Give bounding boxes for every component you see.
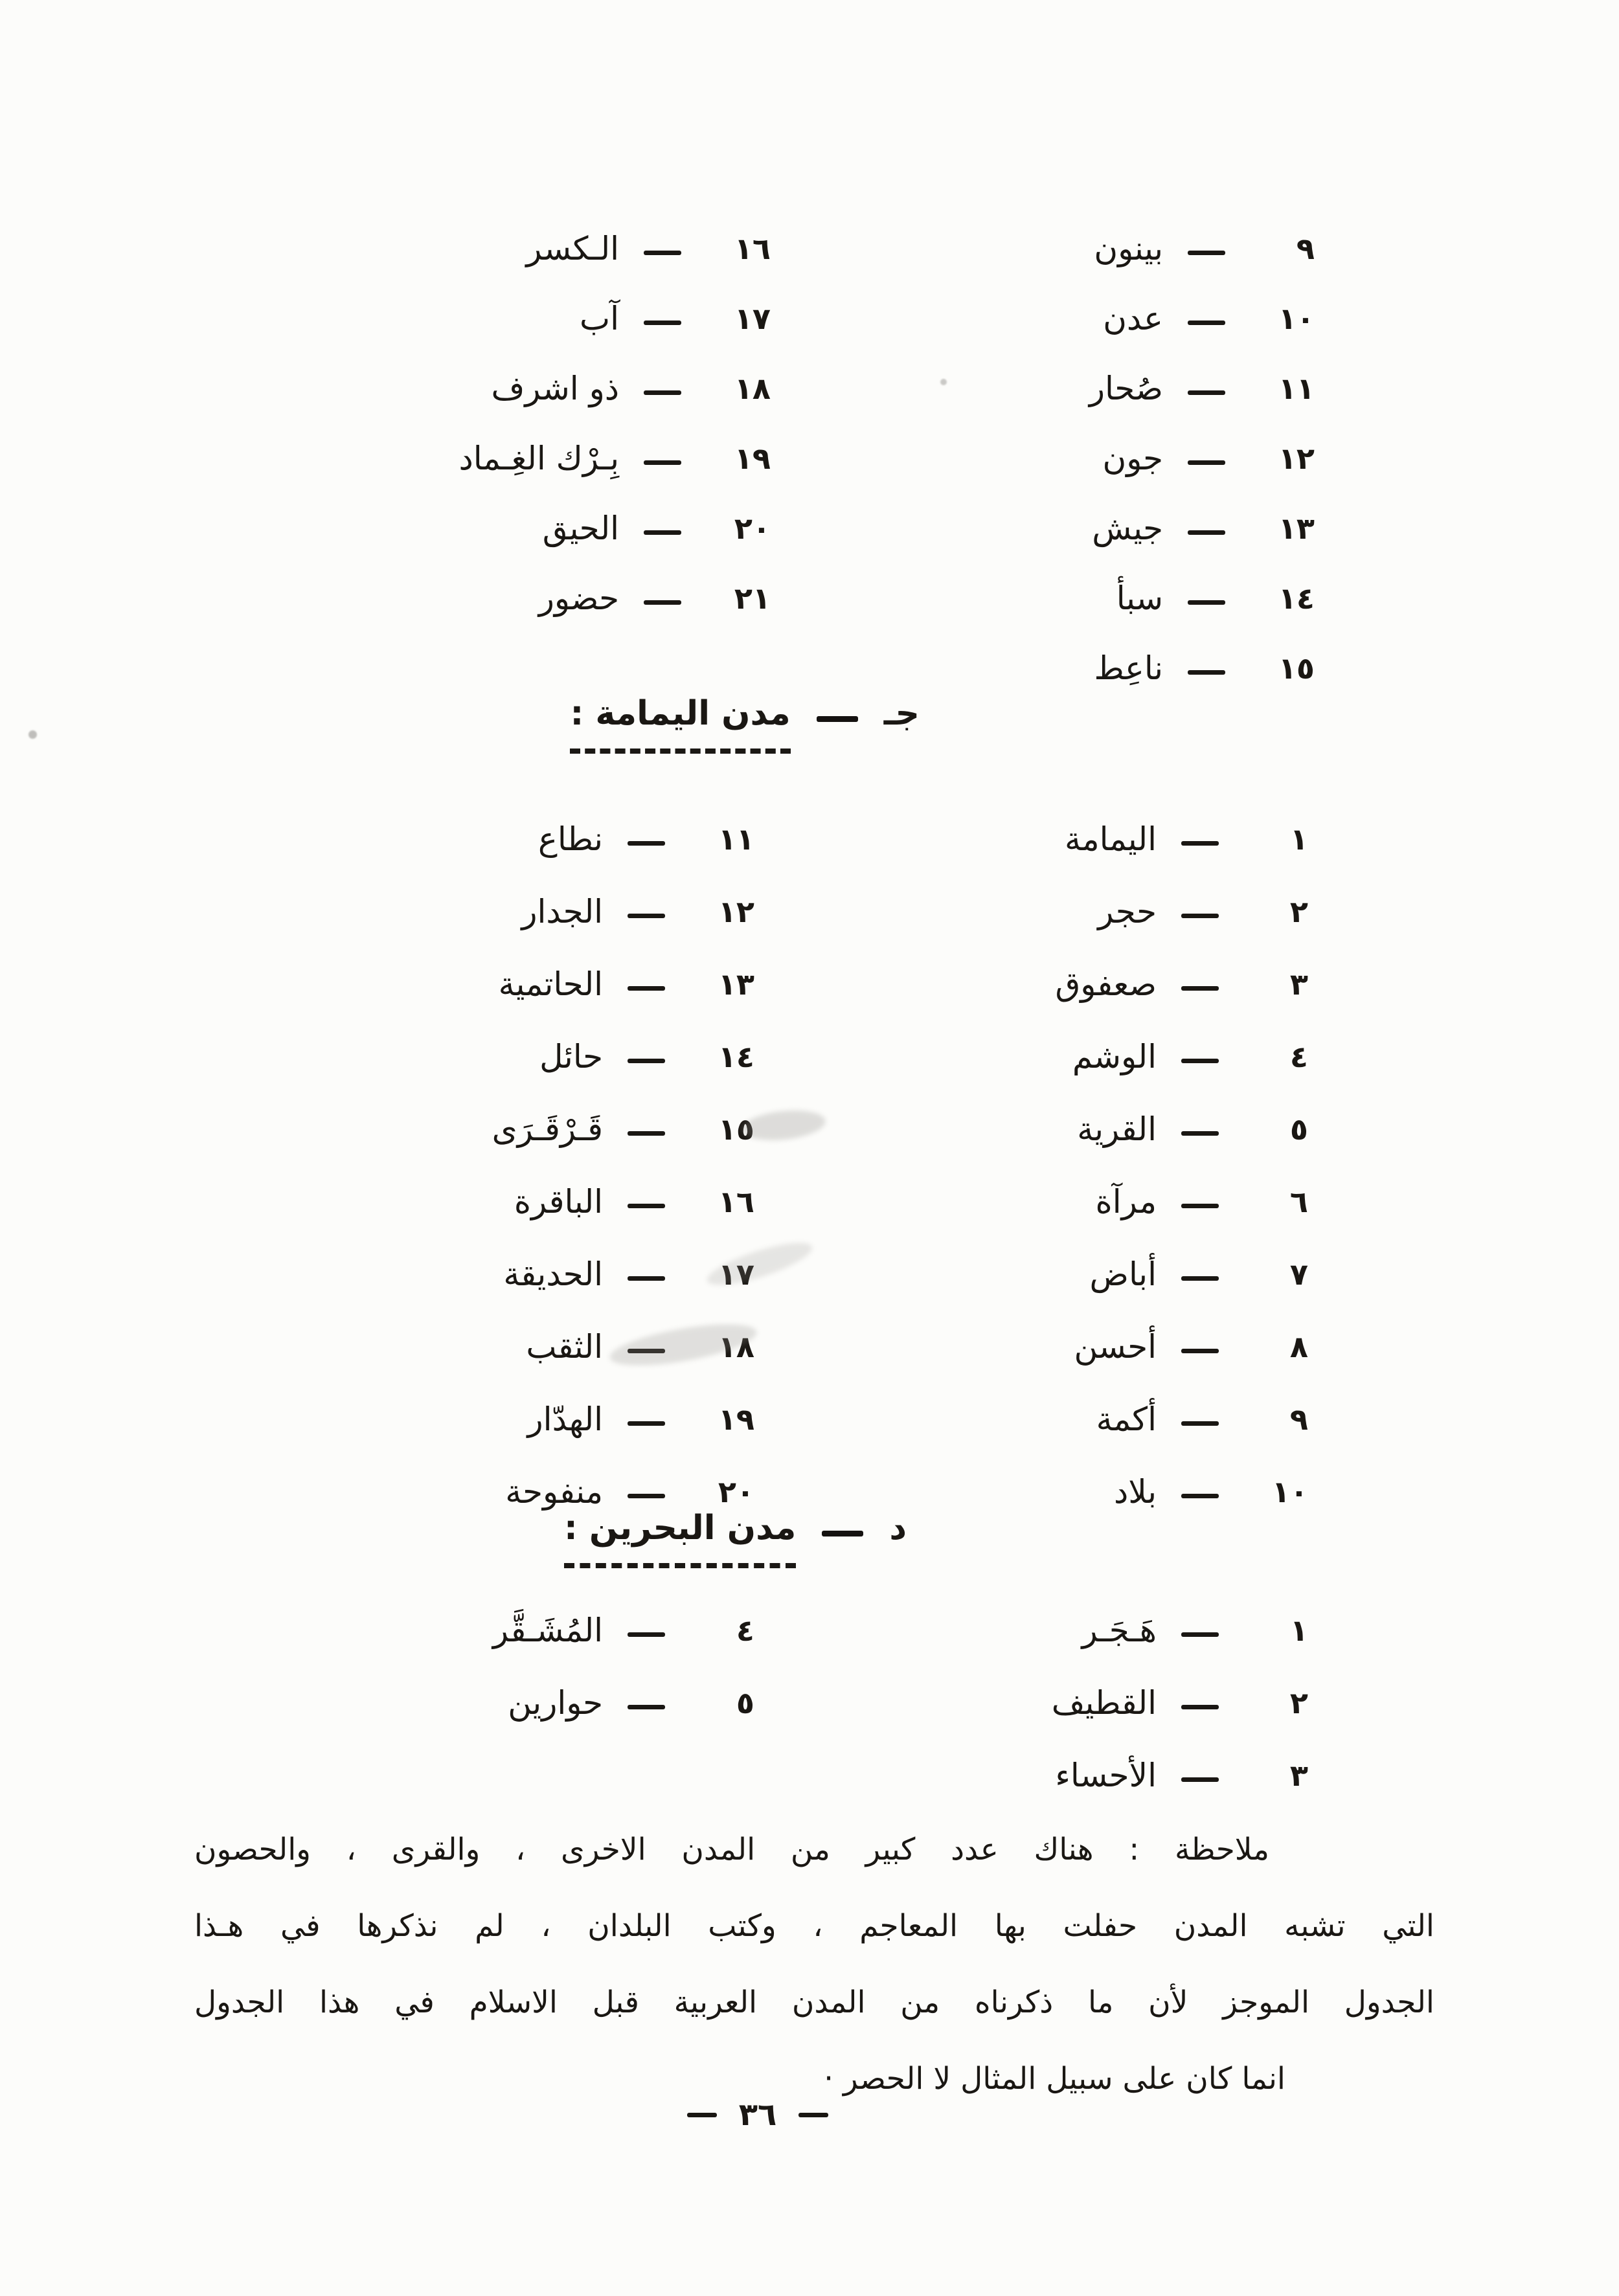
dash-separator bbox=[1188, 600, 1225, 605]
dash-separator bbox=[644, 600, 681, 605]
item-number: ٢ bbox=[1243, 1685, 1308, 1720]
item-number: ٦ bbox=[1243, 1184, 1308, 1219]
dash-separator bbox=[628, 1059, 665, 1063]
list-item: ١٦ الباقرة bbox=[492, 1165, 754, 1238]
dash-separator bbox=[628, 1131, 665, 1136]
list-item: ١٥ قَـرْقَـرَى bbox=[492, 1093, 754, 1165]
page-number-dash bbox=[687, 2113, 717, 2117]
section-heading-bahrain: د مدن البحرين : bbox=[564, 1509, 907, 1568]
dash-separator bbox=[644, 460, 681, 465]
dash-separator bbox=[644, 321, 681, 325]
dash-separator bbox=[628, 1276, 665, 1281]
item-number: ١٩ bbox=[706, 441, 771, 476]
note-line: التي تشبه المدن حفلت بها المعاجم ، وكتب … bbox=[194, 1888, 1434, 1964]
item-name: جون bbox=[1103, 440, 1163, 477]
item-number: ٥ bbox=[690, 1685, 754, 1720]
item-number: ٣ bbox=[1243, 967, 1308, 1002]
dash-separator bbox=[1181, 1059, 1219, 1063]
dash-separator bbox=[644, 530, 681, 535]
list-item: ٧ أباض bbox=[1056, 1238, 1309, 1311]
dash-separator bbox=[1181, 986, 1219, 991]
dash-separator bbox=[1188, 390, 1225, 395]
item-number: ١٧ bbox=[706, 301, 771, 336]
list-item: ١٩ بِـرْك الغِـماد bbox=[459, 423, 771, 493]
dash-separator bbox=[644, 251, 681, 255]
item-number: ١٢ bbox=[690, 894, 754, 929]
dash-separator bbox=[1181, 914, 1219, 918]
list-item: ١٧ آب bbox=[459, 284, 771, 354]
dash-separator bbox=[817, 716, 858, 722]
item-number: ٩ bbox=[1243, 1402, 1308, 1437]
yamama-left-column: ١١ نطاع ١٢ الجدار ١٣ الحاتمية ١٤ حائل bbox=[492, 803, 754, 1528]
note-paragraph: ملاحظة : هناك عدد كبير من المدن الاخرى ،… bbox=[194, 1812, 1434, 2117]
note-line: ملاحظة : هناك عدد كبير من المدن الاخرى ،… bbox=[194, 1812, 1434, 1888]
item-number: ١٦ bbox=[690, 1184, 754, 1219]
item-name: الجدار bbox=[521, 893, 603, 930]
item-name: الهدّار bbox=[528, 1401, 603, 1438]
list-item: ١٤ سبأ bbox=[1089, 563, 1315, 633]
item-name: أباض bbox=[1090, 1255, 1157, 1293]
heading-title: مدن البحرين : bbox=[564, 1509, 796, 1568]
item-name: حائل bbox=[539, 1038, 603, 1075]
list-item: ١١ نطاع bbox=[492, 803, 754, 875]
item-name: الحديقة bbox=[503, 1255, 603, 1293]
dash-separator bbox=[1181, 1632, 1219, 1637]
list-item: ١٣ الحاتمية bbox=[492, 948, 754, 1020]
item-number: ١١ bbox=[690, 822, 754, 857]
item-name: ذو اشرف bbox=[491, 370, 619, 407]
bahrain-left-column: ٤ المُشَـقَّر ٥ حوارين bbox=[493, 1594, 754, 1739]
item-name: مرآة bbox=[1096, 1183, 1157, 1221]
list-item: ١٩ الهدّار bbox=[492, 1383, 754, 1456]
item-number: ١٤ bbox=[1250, 581, 1315, 616]
list-item: ١٤ حائل bbox=[492, 1020, 754, 1093]
list-item: ١٦ الـكسر bbox=[459, 214, 771, 284]
item-name: حضور bbox=[539, 580, 619, 617]
item-number: ١٠ bbox=[1250, 301, 1315, 336]
item-name: بلاد bbox=[1114, 1473, 1157, 1511]
item-number: ٩ bbox=[1250, 231, 1315, 266]
item-number: ١٣ bbox=[1250, 511, 1315, 546]
list-item: ٩ أكمة bbox=[1056, 1383, 1309, 1456]
page-number: ٣٦ bbox=[0, 2097, 1515, 2133]
item-name: الأحساء bbox=[1055, 1757, 1157, 1794]
list-item: ٤ الوشم bbox=[1056, 1020, 1309, 1093]
list-item: ١ هَـجَـر bbox=[1052, 1594, 1308, 1667]
item-name: أحسن bbox=[1074, 1328, 1157, 1366]
item-number: ٢ bbox=[1243, 894, 1308, 929]
heading-title: مدن اليمامة : bbox=[570, 694, 790, 754]
page-number-dash bbox=[798, 2113, 828, 2117]
list-item: ١٨ ذو اشرف bbox=[459, 354, 771, 423]
item-name: أكمة bbox=[1096, 1401, 1157, 1438]
item-name: قَـرْقَـرَى bbox=[492, 1110, 603, 1148]
item-number: ١٨ bbox=[706, 371, 771, 406]
item-name: بِـرْك الغِـماد bbox=[459, 440, 619, 477]
item-name: القرية bbox=[1077, 1110, 1157, 1148]
item-name: سبأ bbox=[1116, 580, 1163, 617]
scan-artifact bbox=[940, 379, 947, 385]
item-name: القطيف bbox=[1052, 1684, 1157, 1722]
list-item: ٢١ حضور bbox=[459, 563, 771, 633]
item-name: الوشم bbox=[1072, 1038, 1157, 1075]
dash-separator bbox=[1188, 460, 1225, 465]
item-name: هَـجَـر bbox=[1081, 1612, 1157, 1649]
item-number: ١٥ bbox=[1250, 651, 1315, 686]
item-name: الباقرة bbox=[514, 1183, 603, 1221]
list-item: ١٢ الجدار bbox=[492, 875, 754, 948]
list-item: ٣ صعفوق bbox=[1056, 948, 1309, 1020]
item-name: حجر bbox=[1098, 893, 1157, 930]
page-number-value: ٣٦ bbox=[739, 2097, 777, 2133]
section-heading-yamama: جـ مدن اليمامة : bbox=[570, 694, 920, 754]
dash-separator bbox=[1181, 1421, 1219, 1426]
list-item: ١٥ ناعِط bbox=[1089, 633, 1315, 703]
list-item: ٥ حوارين bbox=[493, 1667, 754, 1739]
item-name: الثقب bbox=[526, 1328, 603, 1366]
list-item: ٢ حجر bbox=[1056, 875, 1309, 948]
item-name: المُشَـقَّر bbox=[493, 1612, 603, 1649]
item-name: صُحار bbox=[1089, 370, 1163, 407]
dash-separator bbox=[1181, 841, 1219, 846]
item-number: ١٠ bbox=[1243, 1474, 1308, 1509]
item-number: ١٩ bbox=[690, 1402, 754, 1437]
item-name: صعفوق bbox=[1056, 965, 1157, 1003]
item-name: الـكسر bbox=[526, 230, 619, 267]
item-name: اليمامة bbox=[1065, 820, 1157, 858]
scan-artifact bbox=[28, 730, 37, 739]
list-item: ٣ الأحساء bbox=[1052, 1739, 1308, 1812]
scanned-page: ٩ بينون ١٠ عدن ١١ صُحار ١٢ جون bbox=[0, 0, 1619, 2296]
list-item: ١٢ جون bbox=[1089, 423, 1315, 493]
heading-letter: د bbox=[889, 1509, 907, 1548]
dash-separator bbox=[628, 1421, 665, 1426]
item-name: بينون bbox=[1094, 230, 1163, 267]
list-item: ١١ صُحار bbox=[1089, 354, 1315, 423]
list-item: ١ اليمامة bbox=[1056, 803, 1309, 875]
top-list-left-column: ١٦ الـكسر ١٧ آب ١٨ ذو اشرف ١٩ بِـرْك الغ… bbox=[459, 214, 771, 633]
dash-separator bbox=[644, 390, 681, 395]
item-name: عدن bbox=[1103, 300, 1163, 337]
item-name: نطاع bbox=[538, 820, 603, 858]
dash-separator bbox=[628, 1204, 665, 1208]
item-number: ١ bbox=[1243, 1613, 1308, 1648]
dash-separator bbox=[1188, 321, 1225, 325]
item-number: ٣ bbox=[1243, 1758, 1308, 1793]
item-name: الحاتمية bbox=[499, 965, 603, 1003]
dash-separator bbox=[1181, 1705, 1219, 1709]
heading-letter: جـ bbox=[884, 694, 920, 733]
dash-separator bbox=[628, 1494, 665, 1498]
list-item: ١٠ عدن bbox=[1089, 284, 1315, 354]
dash-separator bbox=[1181, 1276, 1219, 1281]
dash-separator bbox=[628, 1705, 665, 1709]
item-number: ٢٠ bbox=[706, 511, 771, 546]
list-item: ١٠ بلاد bbox=[1056, 1456, 1309, 1528]
list-item: ٢٠ الحيق bbox=[459, 493, 771, 563]
item-name: منفوحة bbox=[505, 1473, 603, 1511]
item-number: ٢١ bbox=[706, 581, 771, 616]
item-name: ناعِط bbox=[1094, 649, 1163, 687]
item-number: ١١ bbox=[1250, 371, 1315, 406]
list-item: ١٣ جيش bbox=[1089, 493, 1315, 563]
dash-separator bbox=[1188, 670, 1225, 675]
list-item: ٢ القطيف bbox=[1052, 1667, 1308, 1739]
item-number: ١٢ bbox=[1250, 441, 1315, 476]
item-name: آب bbox=[580, 300, 619, 337]
list-item: ٦ مرآة bbox=[1056, 1165, 1309, 1238]
item-number: ٤ bbox=[690, 1613, 754, 1648]
item-number: ٧ bbox=[1243, 1257, 1308, 1292]
dash-separator bbox=[1188, 251, 1225, 255]
item-number: ٥ bbox=[1243, 1112, 1308, 1147]
item-name: جيش bbox=[1092, 510, 1163, 547]
dash-separator bbox=[1181, 1131, 1219, 1136]
note-line: الجدول الموجز لأن ما ذكرناه من المدن الع… bbox=[194, 1964, 1434, 2041]
dash-separator bbox=[1181, 1494, 1219, 1498]
dash-separator bbox=[1188, 530, 1225, 535]
dash-separator bbox=[628, 914, 665, 918]
item-name: حوارين bbox=[508, 1684, 603, 1722]
item-number: ٨ bbox=[1243, 1329, 1308, 1364]
list-item: ٨ أحسن bbox=[1056, 1311, 1309, 1383]
dash-separator bbox=[628, 986, 665, 991]
list-item: ٤ المُشَـقَّر bbox=[493, 1594, 754, 1667]
item-number: ١٤ bbox=[690, 1039, 754, 1074]
top-list-right-column: ٩ بينون ١٠ عدن ١١ صُحار ١٢ جون bbox=[1089, 214, 1315, 703]
dash-separator bbox=[1181, 1349, 1219, 1353]
dash-separator bbox=[1181, 1777, 1219, 1782]
item-name: الحيق bbox=[543, 510, 619, 547]
item-number: ٢٠ bbox=[690, 1474, 754, 1509]
yamama-right-column: ١ اليمامة ٢ حجر ٣ صعفوق ٤ الوشم bbox=[1056, 803, 1309, 1528]
list-item: ٥ القرية bbox=[1056, 1093, 1309, 1165]
dash-separator bbox=[1181, 1204, 1219, 1208]
bahrain-right-column: ١ هَـجَـر ٢ القطيف ٣ الأحساء bbox=[1052, 1594, 1308, 1812]
dash-separator bbox=[628, 841, 665, 846]
item-number: ١ bbox=[1243, 822, 1308, 857]
list-item: ٩ بينون bbox=[1089, 214, 1315, 284]
item-number: ١٣ bbox=[690, 967, 754, 1002]
dash-separator bbox=[822, 1531, 863, 1536]
item-number: ٤ bbox=[1243, 1039, 1308, 1074]
dash-separator bbox=[628, 1632, 665, 1637]
item-number: ١٦ bbox=[706, 231, 771, 266]
